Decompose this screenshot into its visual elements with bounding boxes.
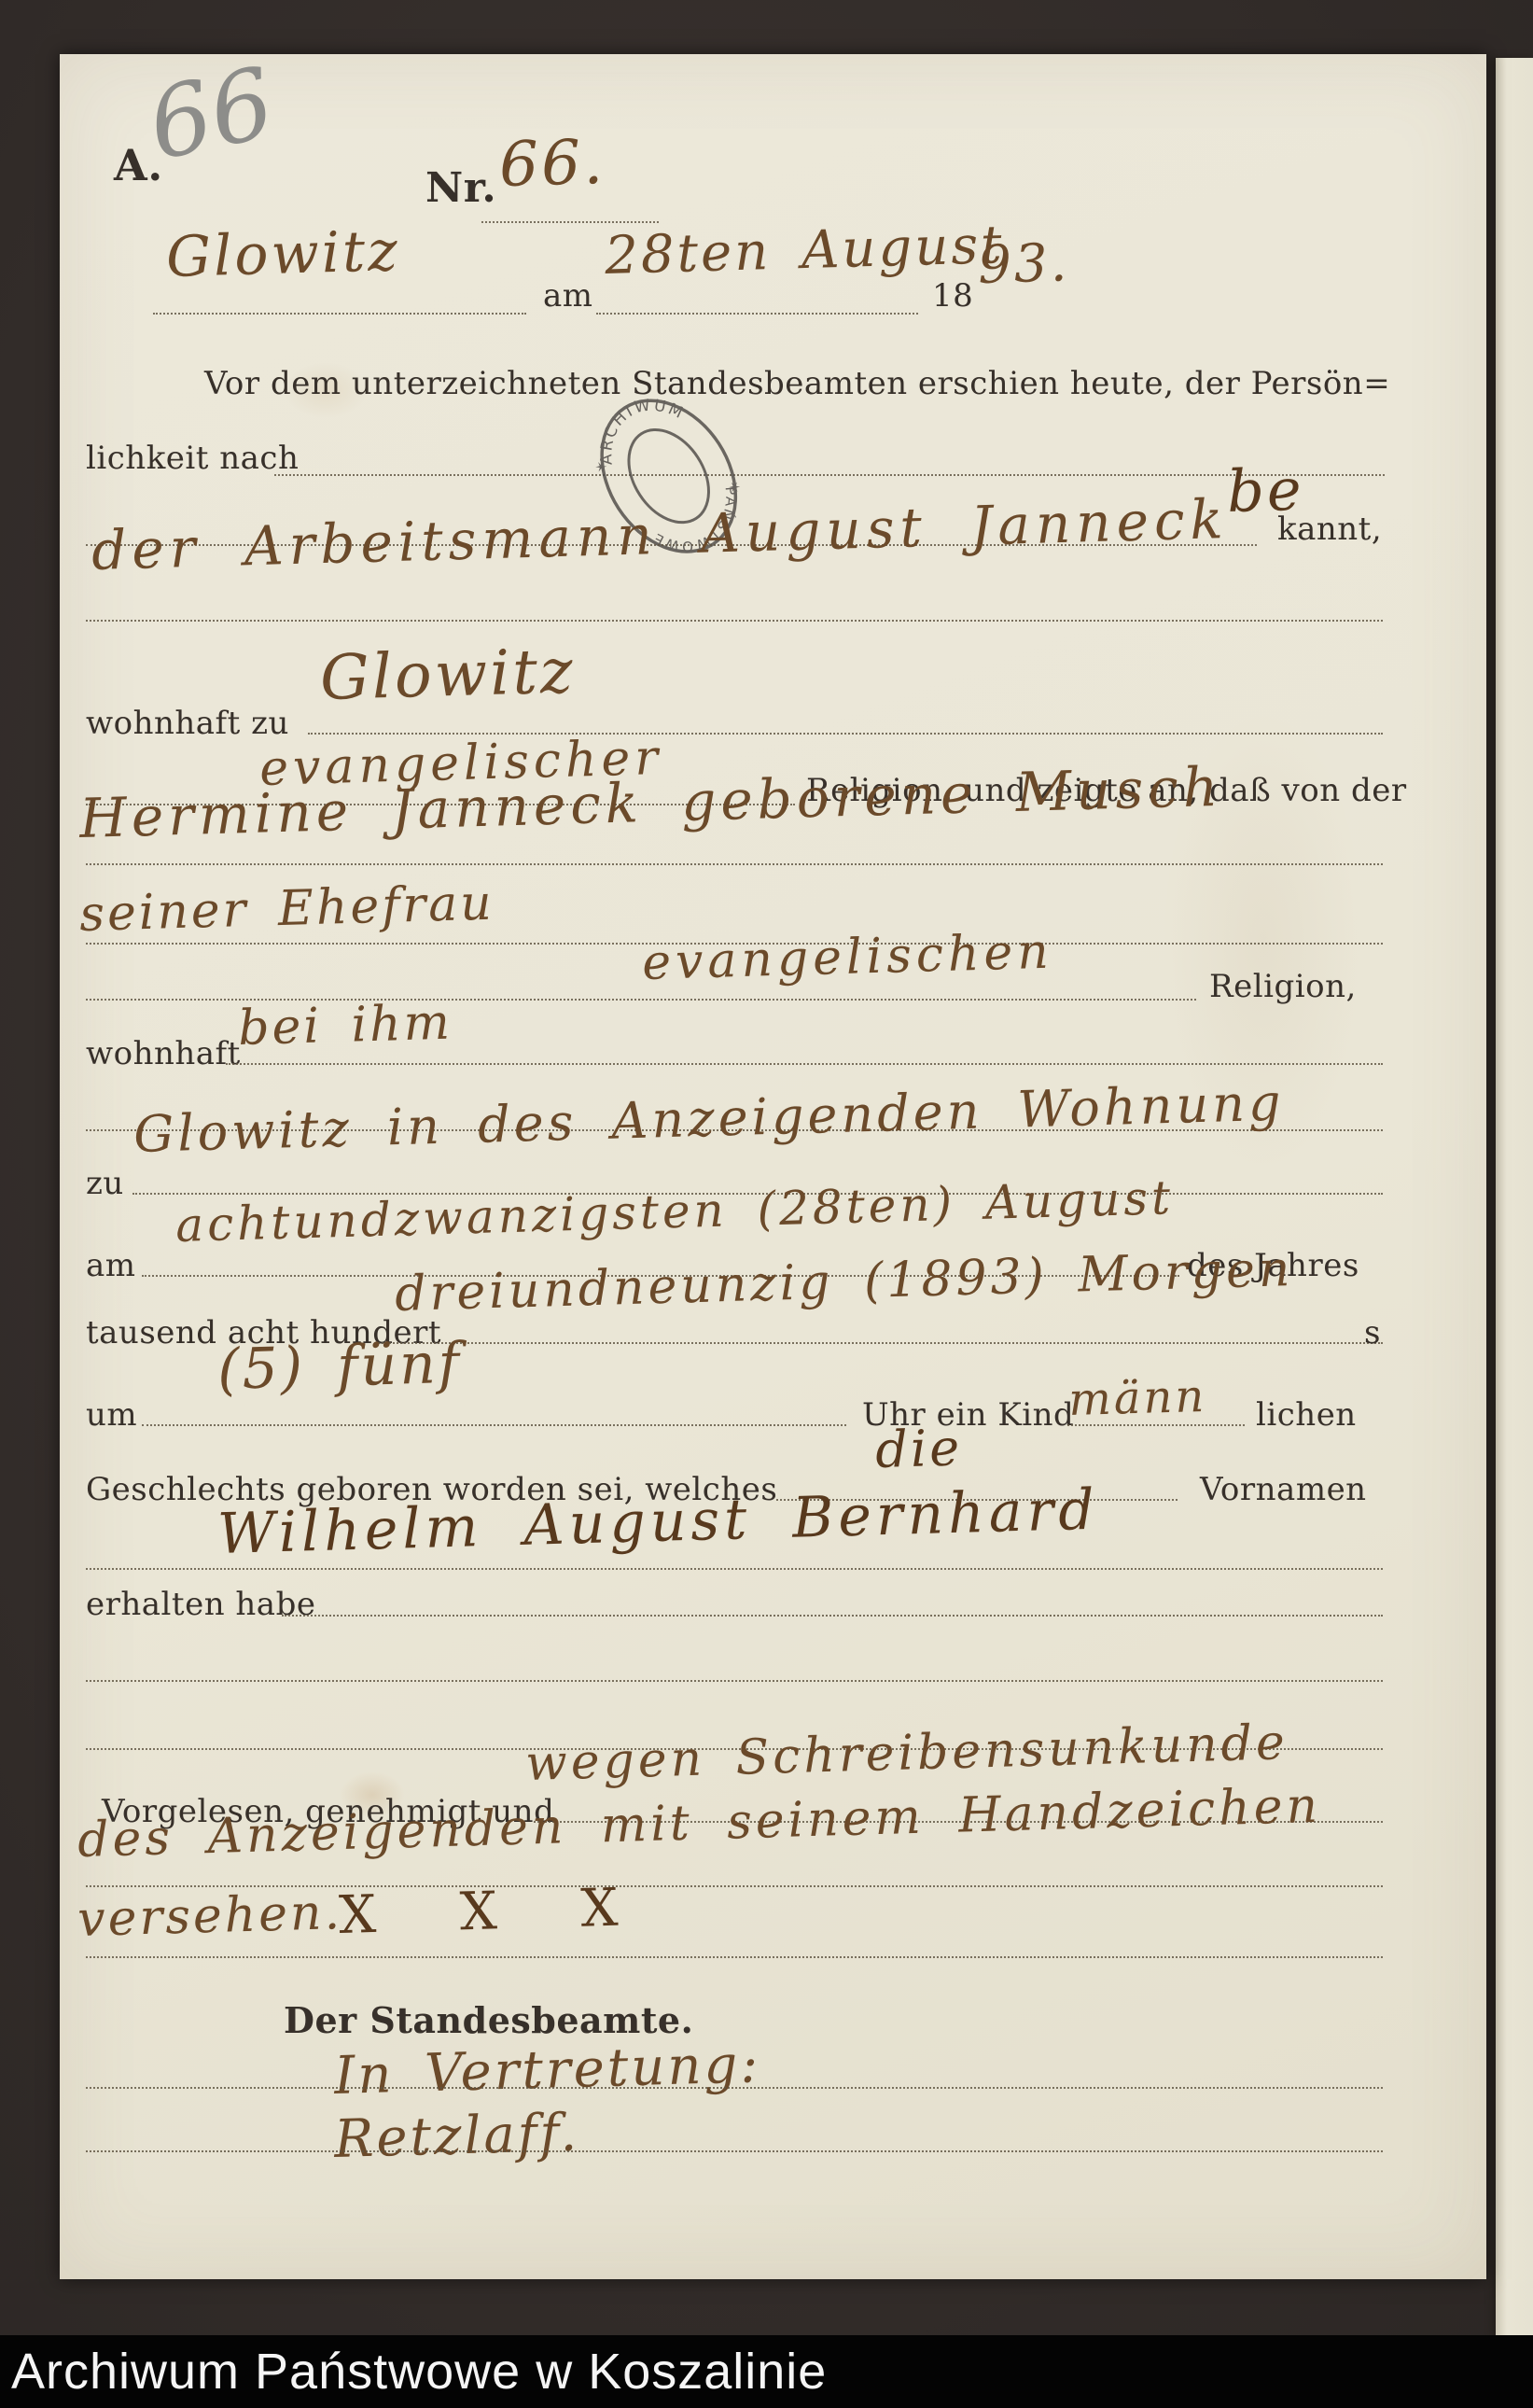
fill-in-line — [142, 1424, 846, 1426]
year-printed: 18 — [932, 280, 973, 312]
record-number-label: Nr. — [425, 168, 496, 209]
residence-label: wohnhaft zu — [86, 707, 289, 739]
am-label: am — [543, 280, 593, 312]
birthday-value: achtundzwanzigsten (28ten) August — [175, 1176, 1175, 1248]
record-place: Glowitz — [165, 225, 400, 285]
pencil-annotation: 66 — [141, 53, 282, 174]
mother-name: Hermine Janneck geborene Musch — [78, 762, 1222, 845]
fill-in-line — [481, 221, 659, 223]
fill-in-line — [308, 733, 1383, 735]
fill-in-line — [596, 313, 918, 315]
religion-mother-printed: Religion, — [1209, 971, 1357, 1002]
scanned-register-photo: A. 66 Nr. 66. Glowitz am 28ten August 18… — [0, 0, 1533, 2408]
handmark-crosses: X X X — [339, 1883, 648, 1940]
closing-hand-3: versehen. — [77, 1890, 343, 1943]
signature-deputy-note: In Vertretung: — [334, 2039, 761, 2101]
fill-in-line — [226, 1063, 1383, 1065]
closing-hand-1: wegen Schreibensunkunde — [525, 1720, 1289, 1787]
time-label: um — [86, 1399, 137, 1431]
intro-line-1: Vor dem unterzeichneten Standesbeamten e… — [204, 368, 1390, 399]
sex-value: männ — [1068, 1376, 1207, 1422]
fill-in-line — [375, 1342, 1383, 1344]
article-hand: die — [875, 1423, 963, 1474]
vornamen-printed: Vornamen — [1200, 1474, 1367, 1505]
fill-in-line — [282, 1615, 1383, 1617]
archive-caption-bar: Archiwum Państwowe w Koszalinie — [0, 2335, 1533, 2408]
record-date: 28ten August — [605, 220, 1006, 281]
signature-registrar: Retzlaff. — [334, 2108, 580, 2165]
fill-in-line — [86, 2087, 1383, 2089]
birthplace-label: zu — [86, 1168, 124, 1199]
residence2-label: wohnhaft — [86, 1038, 241, 1070]
fill-in-line — [86, 620, 1383, 622]
time-value: (5) fünf — [216, 1337, 462, 1397]
fill-in-line — [153, 313, 526, 315]
fill-in-line — [86, 863, 1383, 865]
archive-caption-text: Archiwum Państwowe w Koszalinie — [11, 2343, 827, 2401]
registrar-title: Der Standesbeamte. — [284, 2003, 693, 2038]
year-hand: 93. — [978, 238, 1071, 290]
birthplace-value: Glowitz in des Anzeigenden Wohnung — [133, 1079, 1286, 1159]
religion-mother: evangelischen — [642, 930, 1054, 987]
fill-in-line — [1067, 1424, 1245, 1426]
mother-relation: seiner Ehefrau — [79, 881, 495, 939]
fill-in-line — [86, 1568, 1383, 1570]
birthyear-suffix: s — [1364, 1317, 1381, 1349]
record-number-value: 66. — [498, 133, 606, 195]
fill-in-line — [86, 1956, 1383, 1958]
residence-value: Glowitz — [319, 642, 576, 707]
birthday-label: am — [86, 1250, 136, 1281]
fill-in-line — [274, 474, 1385, 476]
sex-printed: lichen — [1256, 1399, 1357, 1431]
residence2-value: bei ihm — [238, 1001, 453, 1053]
declarant-name: der Arbeitsmann August Janneck — [91, 494, 1229, 577]
next-page-edge — [1496, 58, 1533, 2335]
document-page: A. 66 Nr. 66. Glowitz am 28ten August 18… — [60, 54, 1486, 2279]
known-printed: kannt, — [1277, 513, 1382, 545]
birthyear-value: dreiundneunzig (1893) Morgen — [395, 1247, 1294, 1318]
fill-in-line — [86, 2150, 1383, 2152]
fill-in-line — [86, 1680, 1383, 1682]
intro-line-2: lichkeit nach — [86, 442, 299, 474]
